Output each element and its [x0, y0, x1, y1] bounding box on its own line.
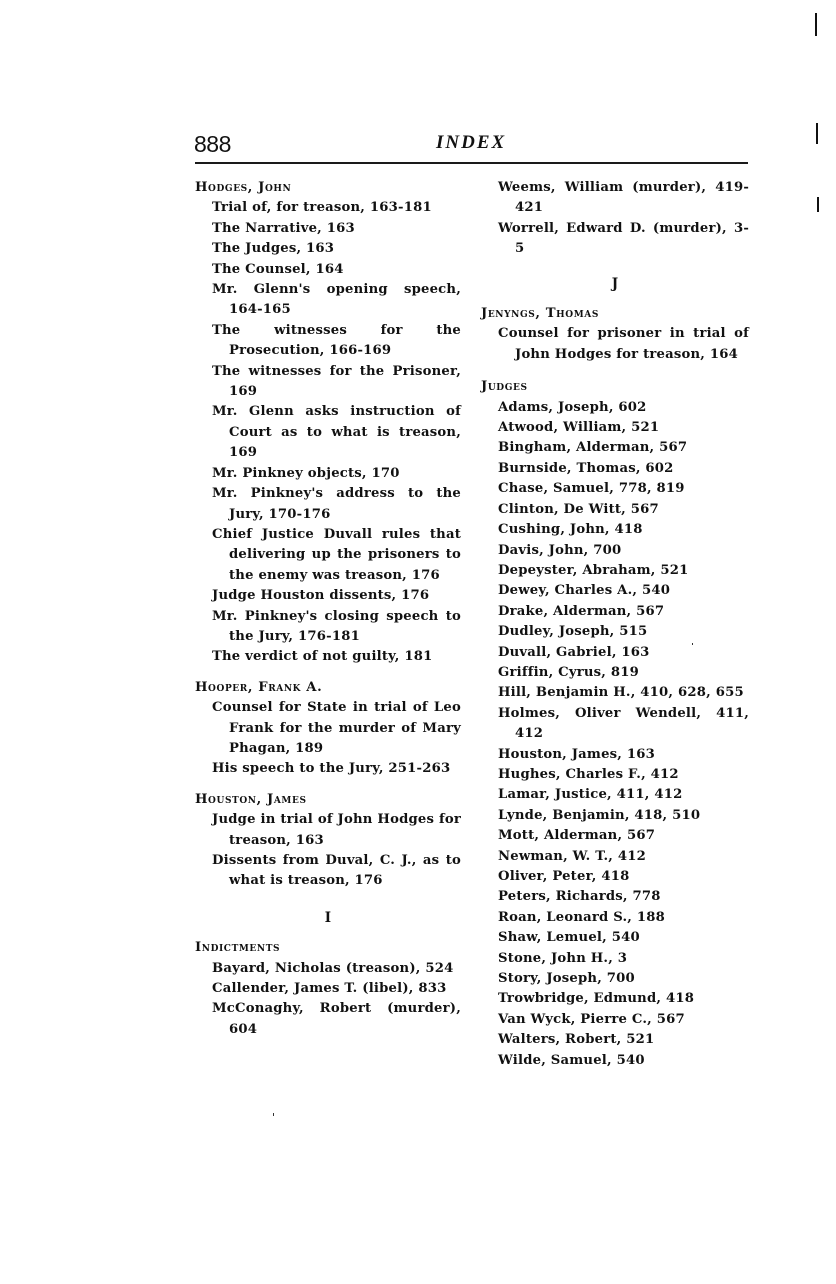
edge-mark-lower [817, 197, 819, 212]
index-group-jenyngs: Jenyngs, Thomas Counsel for prisoner in … [481, 304, 749, 365]
index-entry: Clinton, De Witt, 567 [481, 500, 749, 520]
index-entry: Counsel for State in trial of Leo Frank … [195, 698, 461, 759]
index-entry: Van Wyck, Pierre C., 567 [481, 1010, 749, 1030]
index-entry: Duvall, Gabriel, 163 [481, 643, 749, 663]
index-entry: Dissents from Duval, C. J., as to what i… [195, 851, 461, 892]
index-entry: Bingham, Alderman, 567 [481, 438, 749, 458]
page-number: 888 [194, 131, 231, 158]
index-entry: Dewey, Charles A., 540 [481, 581, 749, 601]
index-entry: The verdict of not guilty, 181 [195, 647, 461, 667]
index-entry: Holmes, Oliver Wendell, 411, 412 [481, 704, 749, 745]
index-entry: Chief Justice Duvall rules that deliveri… [195, 525, 461, 586]
index-entry: The witnesses for the Prisoner, 169 [195, 362, 461, 403]
index-heading: Hodges, John [195, 178, 461, 198]
index-entry: Drake, Alderman, 567 [481, 602, 749, 622]
index-entry: Mr. Pinkney's address to the Jury, 170-1… [195, 484, 461, 525]
edge-mark-middle [816, 123, 818, 144]
index-entry: Worrell, Edward D. (murder), 3-5 [481, 219, 749, 260]
index-entry: Roan, Leonard S., 188 [481, 908, 749, 928]
index-entry: Houston, James, 163 [481, 745, 749, 765]
index-entry: Mr. Glenn's opening speech, 164-165 [195, 280, 461, 321]
index-entry: Chase, Samuel, 778, 819 [481, 479, 749, 499]
index-entry: Newman, W. T., 412 [481, 847, 749, 867]
index-entry: Story, Joseph, 700 [481, 969, 749, 989]
index-entry: Trowbridge, Edmund, 418 [481, 989, 749, 1009]
section-letter-i: I [195, 908, 461, 928]
group-spacer [195, 668, 461, 678]
index-entry: Davis, John, 700 [481, 541, 749, 561]
index-entry: Stone, John H., 3 [481, 949, 749, 969]
section-letter-j: J [481, 274, 749, 294]
index-entry: The Counsel, 164 [195, 260, 461, 280]
index-heading: Houston, James [195, 790, 461, 810]
index-entry: Shaw, Lemuel, 540 [481, 928, 749, 948]
index-column-right: Weems, William (murder), 419-421 Worrell… [481, 178, 749, 1071]
index-entry: Oliver, Peter, 418 [481, 867, 749, 887]
index-entry: Adams, Joseph, 602 [481, 398, 749, 418]
index-entry: Weems, William (murder), 419-421 [481, 178, 749, 219]
index-entry: The Narrative, 163 [195, 219, 461, 239]
index-heading: Jenyngs, Thomas [481, 304, 749, 324]
index-entry: Mr. Glenn asks instruction of Court as t… [195, 402, 461, 463]
index-entry: Griffin, Cyrus, 819 [481, 663, 749, 683]
edge-mark-top [815, 13, 817, 36]
index-group-houston: Houston, James Judge in trial of John Ho… [195, 790, 461, 892]
index-entry: Peters, Richards, 778 [481, 887, 749, 907]
running-head: INDEX [436, 132, 506, 154]
index-entry: Burnside, Thomas, 602 [481, 459, 749, 479]
index-entry: Bayard, Nicholas (treason), 524 [195, 959, 461, 979]
index-entry: Mott, Alderman, 567 [481, 826, 749, 846]
index-entry: Atwood, William, 521 [481, 418, 749, 438]
index-entry: Walters, Robert, 521 [481, 1030, 749, 1050]
index-entry: Mr. Pinkney's closing speech to the Jury… [195, 607, 461, 648]
stray-mark [273, 1113, 274, 1116]
index-entry: The witnesses for the Prosecution, 166-1… [195, 321, 461, 362]
index-group-indictments: Indictments Bayard, Nicholas (treason), … [195, 938, 461, 1040]
index-heading: Judges [481, 377, 749, 397]
index-entry: Counsel for prisoner in trial of John Ho… [481, 324, 749, 365]
group-spacer [481, 365, 749, 377]
index-entry: Lynde, Benjamin, 418, 510 [481, 806, 749, 826]
index-entry: Cushing, John, 418 [481, 520, 749, 540]
index-entry: His speech to the Jury, 251-263 [195, 759, 461, 779]
index-group-hodges: Hodges, John Trial of, for treason, 163-… [195, 178, 461, 668]
index-entry: McConaghy, Robert (murder), 604 [195, 999, 461, 1040]
index-group-judges: Judges Adams, Joseph, 602 Atwood, Willia… [481, 377, 749, 1071]
index-entry: The Judges, 163 [195, 239, 461, 259]
index-entry: Hughes, Charles F., 412 [481, 765, 749, 785]
index-group-continued: Weems, William (murder), 419-421 Worrell… [481, 178, 749, 260]
index-heading: Hooper, Frank A. [195, 678, 461, 698]
header-rule [195, 162, 748, 164]
index-column-left: Hodges, John Trial of, for treason, 163-… [195, 178, 461, 1040]
index-entry: Depeyster, Abraham, 521 [481, 561, 749, 581]
index-entry: Lamar, Justice, 411, 412 [481, 785, 749, 805]
index-entry: Trial of, for treason, 163-181 [195, 198, 461, 218]
index-entry: Hill, Benjamin H., 410, 628, 655 [481, 683, 749, 703]
index-entry: Callender, James T. (libel), 833 [195, 979, 461, 999]
index-entry: Wilde, Samuel, 540 [481, 1051, 749, 1071]
index-entry: Dudley, Joseph, 515 [481, 622, 749, 642]
index-group-hooper: Hooper, Frank A. Counsel for State in tr… [195, 678, 461, 780]
group-spacer [195, 780, 461, 790]
index-heading: Indictments [195, 938, 461, 958]
index-entry: Judge in trial of John Hodges for treaso… [195, 810, 461, 851]
index-entry: Judge Houston dissents, 176 [195, 586, 461, 606]
index-entry: Mr. Pinkney objects, 170 [195, 464, 461, 484]
